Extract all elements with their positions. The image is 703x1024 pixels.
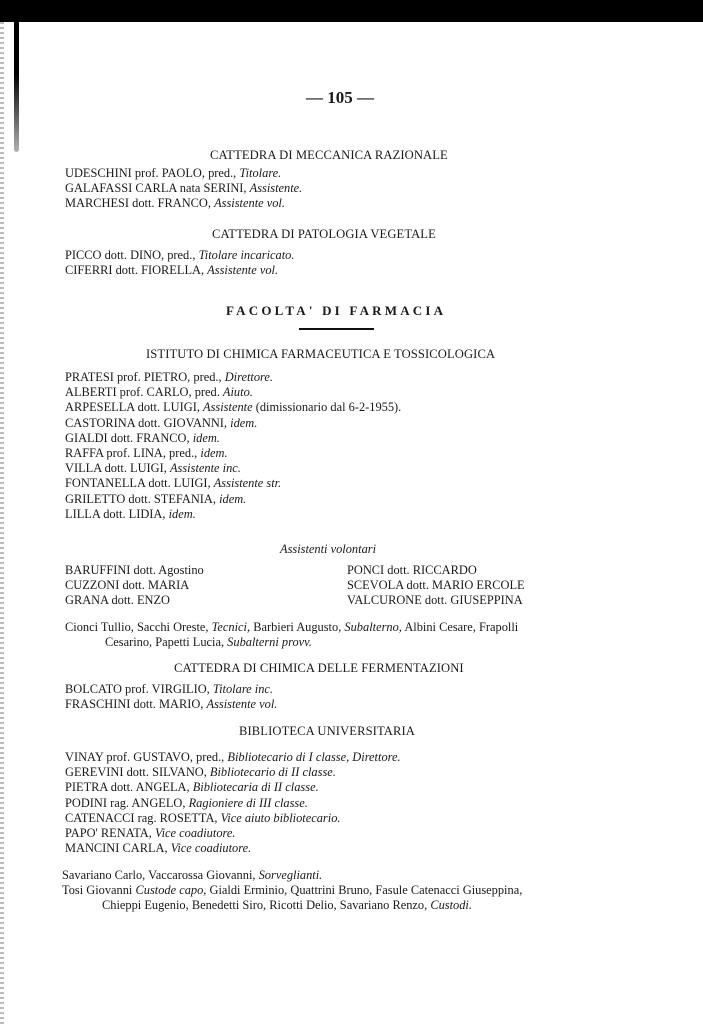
- entry-role: Bibliotecario di II classe.: [210, 765, 336, 779]
- entry-name: CASTORINA dott. GIOVANNI,: [65, 416, 227, 430]
- staff-line: Cionci Tullio, Sacchi Oreste, Tecnici, B…: [65, 620, 518, 635]
- staff-text: Savariano Carlo, Vaccarossa Giovanni,: [62, 868, 256, 882]
- entry-role: Bibliotecario di I classe, Direttore.: [227, 750, 400, 764]
- entry-name: PICCO dott. DINO, pred.,: [65, 248, 195, 262]
- entry-name: VILLA dott. LUIGI,: [65, 461, 167, 475]
- staff-role: Custodi.: [430, 898, 472, 912]
- entry-role: idem.: [219, 492, 246, 506]
- entry-name: CIFERRI dott. FIORELLA,: [65, 263, 204, 277]
- entry-name: PIETRA dott. ANGELA,: [65, 780, 190, 794]
- entry-role: Direttore.: [225, 370, 273, 384]
- entry-role: Ragioniere di III classe.: [189, 796, 308, 810]
- entry-role: Titolare inc.: [213, 682, 273, 696]
- page-number: — 105 —: [0, 88, 680, 108]
- list-item: CATENACCI rag. ROSETTA, Vice aiuto bibli…: [65, 811, 401, 826]
- entry-role: Titolare.: [239, 166, 281, 180]
- list-item: CIFERRI dott. FIORELLA, Assistente vol.: [65, 263, 294, 278]
- volontari-subheading: Assistenti volontari: [280, 542, 376, 557]
- list-item: GRILETTO dott. STEFANIA, idem.: [65, 492, 401, 507]
- binding-shadow: [14, 22, 19, 152]
- staff-text: Albini Cesare, Frapolli: [404, 620, 518, 634]
- entry-role: Assistente vol.: [207, 263, 278, 277]
- entry-name: GRILETTO dott. STEFANIA,: [65, 492, 216, 506]
- volontari-right-column: PONCI dott. RICCARDO SCEVOLA dott. MARIO…: [347, 563, 525, 609]
- entry-name: PAPO' RENATA,: [65, 826, 152, 840]
- entry-role: Assistente vol.: [214, 196, 285, 210]
- list-item: VILLA dott. LUIGI, Assistente inc.: [65, 461, 401, 476]
- entry-name: RAFFA prof. LINA, pred.,: [65, 446, 197, 460]
- entry-role: idem.: [230, 416, 257, 430]
- entry-name: ALBERTI prof. CARLO, pred.: [65, 385, 220, 399]
- section-heading-biblioteca: BIBLIOTECA UNIVERSITARIA: [239, 724, 415, 739]
- entry-role: Bibliotecaria di II classe.: [193, 780, 319, 794]
- list-item: MANCINI CARLA, Vice coadiutore.: [65, 841, 401, 856]
- staff-text: Barbieri Augusto,: [253, 620, 341, 634]
- list-item: FRASCHINI dott. MARIO, Assistente vol.: [65, 697, 277, 712]
- list-item: CASTORINA dott. GIOVANNI, idem.: [65, 416, 401, 431]
- entry-name: FRASCHINI dott. MARIO,: [65, 697, 203, 711]
- staff-role: Subalterni provv.: [227, 635, 312, 649]
- list-item: ARPESELLA dott. LUIGI, Assistente (dimis…: [65, 400, 401, 415]
- divider-rule: [299, 328, 374, 330]
- scan-top-band: [0, 0, 703, 22]
- list-item: PAPO' RENATA, Vice coadiutore.: [65, 826, 401, 841]
- entry-role: Assistente vol.: [207, 697, 278, 711]
- entry-name: GALAFASSI CARLA nata SERINI,: [65, 181, 247, 195]
- entry-role: Assistente: [203, 400, 253, 414]
- entry-role: idem.: [200, 446, 227, 460]
- staff-role: Tecnici,: [212, 620, 250, 634]
- staff-text: Tosi Giovanni: [62, 883, 132, 897]
- list-item: PRATESI prof. PIETRO, pred., Direttore.: [65, 370, 401, 385]
- list-item: ALBERTI prof. CARLO, pred. Aiuto.: [65, 385, 401, 400]
- list-item: GEREVINI dott. SILVANO, Bibliotecario di…: [65, 765, 401, 780]
- entry-role: Assistente.: [250, 181, 303, 195]
- patologia-list: PICCO dott. DINO, pred., Titolare incari…: [65, 248, 294, 278]
- faculty-title: FACOLTA' DI FARMACIA: [226, 303, 446, 319]
- staff-line: Tosi Giovanni Custode capo, Gialdi Ermin…: [62, 883, 522, 898]
- staff-line: Chieppi Eugenio, Benedetti Siro, Ricotti…: [62, 898, 522, 913]
- section-heading-istituto: ISTITUTO DI CHIMICA FARMACEUTICA E TOSSI…: [146, 347, 495, 362]
- entry-role: Vice aiuto bibliotecario.: [221, 811, 341, 825]
- istituto-staff-paragraph: Cionci Tullio, Sacchi Oreste, Tecnici, B…: [65, 620, 518, 650]
- entry-name: PODINI rag. ANGELO,: [65, 796, 185, 810]
- entry-role: Aiuto.: [223, 385, 253, 399]
- list-item: VALCURONE dott. GIUSEPPINA: [347, 593, 525, 608]
- list-item: BARUFFINI dott. Agostino: [65, 563, 204, 578]
- staff-role: Custode capo,: [135, 883, 206, 897]
- fermentazioni-list: BOLCATO prof. VIRGILIO, Titolare inc. FR…: [65, 682, 277, 712]
- section-heading-patologia: CATTEDRA DI PATOLOGIA VEGETALE: [212, 227, 436, 242]
- entry-name: UDESCHINI prof. PAOLO, pred.,: [65, 166, 236, 180]
- list-item: PODINI rag. ANGELO, Ragioniere di III cl…: [65, 796, 401, 811]
- entry-name: MANCINI CARLA,: [65, 841, 168, 855]
- staff-line: Cesarino, Papetti Lucia, Subalterni prov…: [65, 635, 518, 650]
- entry-name: LILLA dott. LIDIA,: [65, 507, 165, 521]
- entry-name: BOLCATO prof. VIRGILIO,: [65, 682, 210, 696]
- biblioteca-staff-paragraph: Savariano Carlo, Vaccarossa Giovanni, So…: [62, 868, 522, 914]
- volontari-left-column: BARUFFINI dott. Agostino CUZZONI dott. M…: [65, 563, 204, 609]
- list-item: GRANA dott. ENZO: [65, 593, 204, 608]
- istituto-list: PRATESI prof. PIETRO, pred., Direttore. …: [65, 370, 401, 522]
- list-item: UDESCHINI prof. PAOLO, pred., Titolare.: [65, 166, 302, 181]
- entry-name: MARCHESI dott. FRANCO,: [65, 196, 211, 210]
- list-item: VINAY prof. GUSTAVO, pred., Bibliotecari…: [65, 750, 401, 765]
- entry-role: Assistente inc.: [170, 461, 241, 475]
- list-item: PICCO dott. DINO, pred., Titolare incari…: [65, 248, 294, 263]
- staff-text: Chieppi Eugenio, Benedetti Siro, Ricotti…: [102, 898, 427, 912]
- staff-text: Gialdi Erminio, Quattrini Bruno, Fasule …: [210, 883, 523, 897]
- entry-role: Vice coadiutore.: [171, 841, 252, 855]
- list-item: BOLCATO prof. VIRGILIO, Titolare inc.: [65, 682, 277, 697]
- list-item: GIALDI dott. FRANCO, idem.: [65, 431, 401, 446]
- list-item: CUZZONI dott. MARIA: [65, 578, 204, 593]
- entry-name: VINAY prof. GUSTAVO, pred.,: [65, 750, 224, 764]
- entry-note: (dimissionario dal 6-2-1955).: [256, 400, 402, 414]
- entry-name: FONTANELLA dott. LUIGI,: [65, 476, 211, 490]
- entry-role: Titolare incaricato.: [199, 248, 295, 262]
- section-heading-meccanica: CATTEDRA DI MECCANICA RAZIONALE: [210, 148, 448, 163]
- staff-role: Subalterno,: [344, 620, 401, 634]
- entry-role: Vice coadiutore.: [155, 826, 236, 840]
- staff-role: Sorveglianti.: [259, 868, 323, 882]
- entry-name: ARPESELLA dott. LUIGI,: [65, 400, 200, 414]
- section-heading-fermentazioni: CATTEDRA DI CHIMICA DELLE FERMENTAZIONI: [174, 661, 464, 676]
- list-item: SCEVOLA dott. MARIO ERCOLE: [347, 578, 525, 593]
- entry-name: GEREVINI dott. SILVANO,: [65, 765, 207, 779]
- staff-text: Cionci Tullio, Sacchi Oreste,: [65, 620, 209, 634]
- list-item: PONCI dott. RICCARDO: [347, 563, 525, 578]
- scan-left-edge: [0, 22, 4, 1024]
- entry-role: idem.: [169, 507, 196, 521]
- list-item: RAFFA prof. LINA, pred., idem.: [65, 446, 401, 461]
- list-item: LILLA dott. LIDIA, idem.: [65, 507, 401, 522]
- list-item: GALAFASSI CARLA nata SERINI, Assistente.: [65, 181, 302, 196]
- meccanica-list: UDESCHINI prof. PAOLO, pred., Titolare. …: [65, 166, 302, 212]
- entry-name: GIALDI dott. FRANCO,: [65, 431, 190, 445]
- staff-text: Cesarino, Papetti Lucia,: [105, 635, 224, 649]
- list-item: PIETRA dott. ANGELA, Bibliotecaria di II…: [65, 780, 401, 795]
- list-item: FONTANELLA dott. LUIGI, Assistente str.: [65, 476, 401, 491]
- entry-role: idem.: [193, 431, 220, 445]
- entry-name: PRATESI prof. PIETRO, pred.,: [65, 370, 222, 384]
- entry-name: CATENACCI rag. ROSETTA,: [65, 811, 218, 825]
- biblioteca-list: VINAY prof. GUSTAVO, pred., Bibliotecari…: [65, 750, 401, 856]
- staff-line: Savariano Carlo, Vaccarossa Giovanni, So…: [62, 868, 522, 883]
- entry-role: Assistente str.: [214, 476, 281, 490]
- list-item: MARCHESI dott. FRANCO, Assistente vol.: [65, 196, 302, 211]
